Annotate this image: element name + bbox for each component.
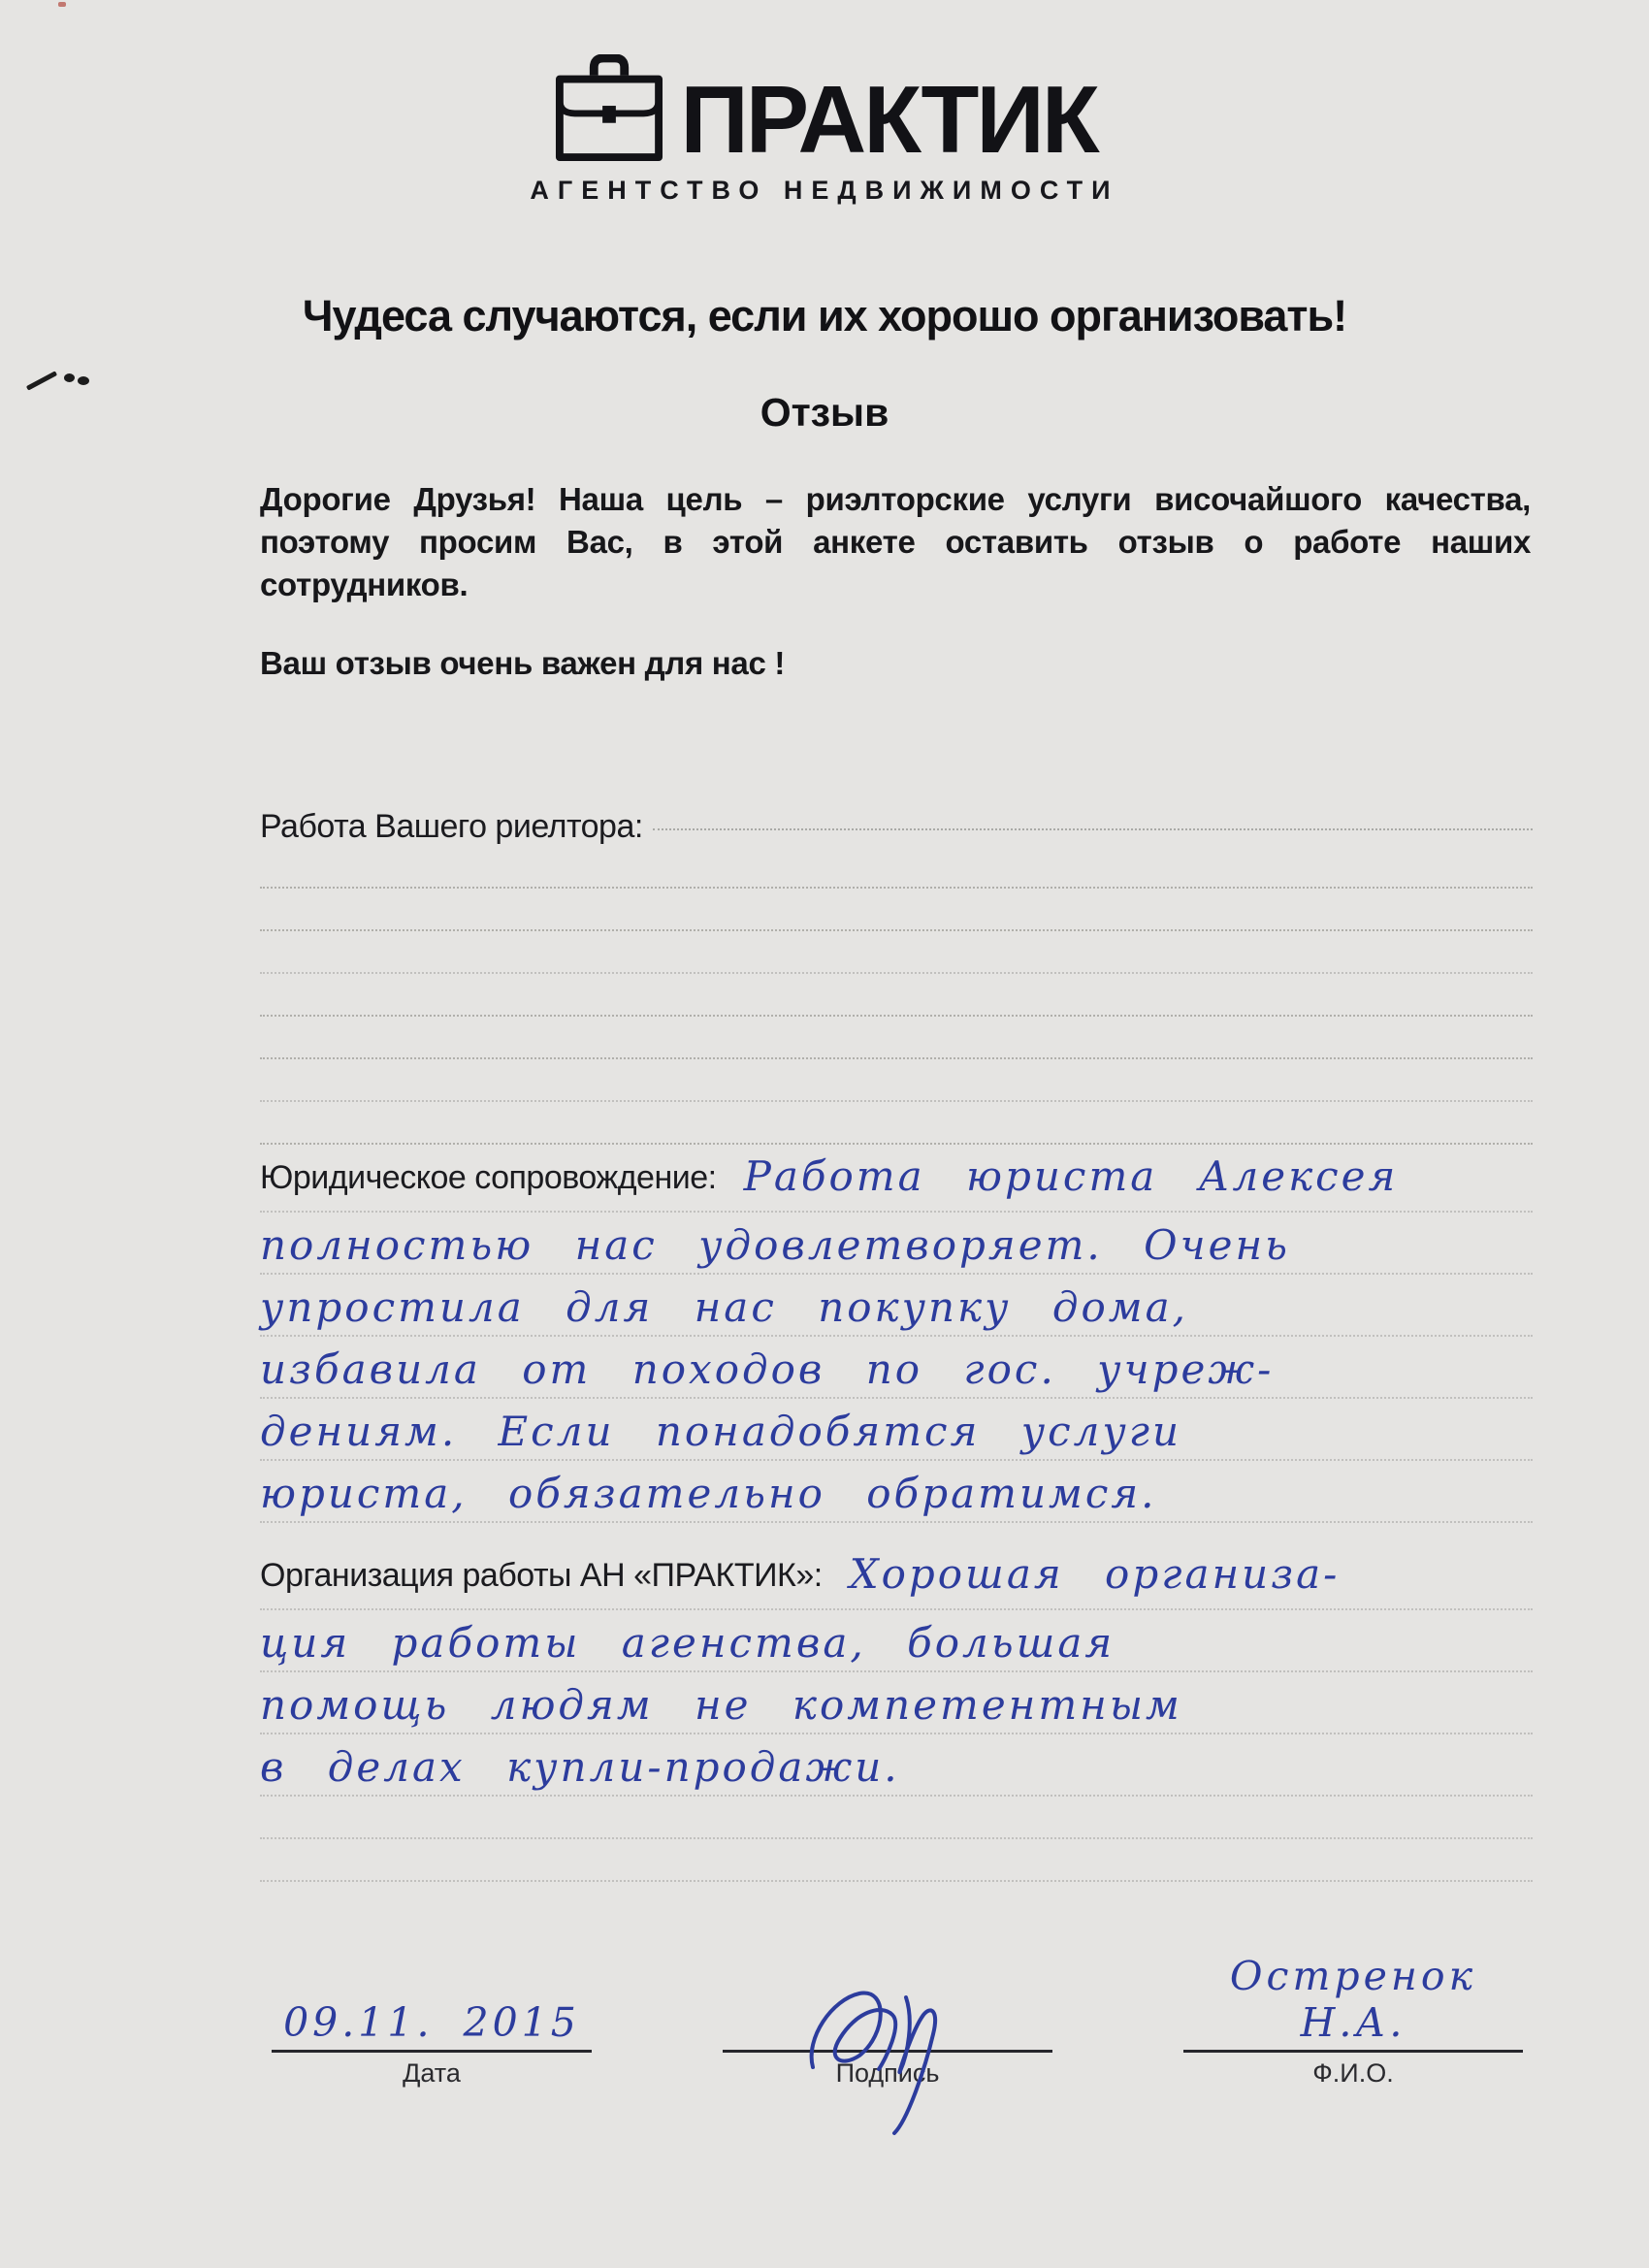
handwritten-name: Остренок Н.А.	[1183, 1964, 1523, 2050]
scan-artifact-speck	[58, 2, 66, 7]
handwritten-answer-line: в делах купли-продажи.	[260, 1743, 900, 1791]
date-label: Дата	[272, 2058, 592, 2089]
dotted-answer-line	[260, 974, 1533, 1017]
briefcase-icon	[552, 54, 666, 163]
handwritten-answer-line: Хорошая организа-	[850, 1550, 1341, 1598]
field-legal-support: Юридическое сопровождение: Работа юриста…	[260, 1150, 1533, 1523]
scanned-feedback-form: ПРАКТИК АГЕНТСТВО НЕДВИЖИМОСТИ Чудеса сл…	[0, 0, 1649, 2268]
scan-artifact-blob	[64, 373, 75, 382]
handwritten-answer-line: ция работы агенства, большая	[260, 1619, 1115, 1667]
slogan: Чудеса случаются, если их хорошо организ…	[0, 291, 1649, 341]
name-label: Ф.И.О.	[1183, 2058, 1523, 2089]
signature-column: Подпись	[723, 1964, 1052, 2089]
handwritten-answer-line: упростила для нас покупку дома,	[260, 1283, 1188, 1331]
handwritten-date: 09.11. 2015	[272, 1964, 592, 2050]
handwritten-answer-line: Работа юриста Алексея	[744, 1152, 1399, 1200]
name-column: Остренок Н.А. Ф.И.О.	[1183, 1964, 1523, 2089]
handwritten-answer-line: помощь людям не компетентным	[260, 1681, 1182, 1729]
brand-name: ПРАКТИК	[680, 76, 1096, 163]
dotted-answer-line	[260, 1102, 1533, 1145]
scan-artifact-blob	[78, 376, 89, 385]
brand-tagline: АГЕНТСТВО НЕДВИЖИМОСТИ	[0, 176, 1649, 206]
dotted-answer-line	[260, 1017, 1533, 1059]
dotted-answer-line	[260, 931, 1533, 974]
date-column: 09.11. 2015 Дата	[272, 1964, 592, 2089]
handwritten-answer-line: юриста, обязательно обратимся.	[260, 1470, 1157, 1517]
field-agency-organisation: Организация работы АН «ПРАКТИК»: Хорошая…	[260, 1548, 1533, 1882]
agency-logo: ПРАКТИК АГЕНТСТВО НЕДВИЖИМОСТИ	[0, 0, 1649, 206]
handwritten-answer-line: полностью нас удовлетворяет. Очень	[260, 1221, 1290, 1269]
signature-block: 09.11. 2015 Дата Подпись Остренок Н.А. Ф…	[272, 1964, 1523, 2089]
signature-label: Подпись	[723, 2058, 1052, 2089]
page-title: Отзыв	[0, 390, 1649, 436]
dotted-answer-line	[260, 1797, 1533, 1839]
dotted-answer-line	[260, 846, 1533, 889]
dotted-answer-line	[260, 1059, 1533, 1102]
name-rule	[1183, 2050, 1523, 2053]
field-realtor-work: Работа Вашего риелтора:	[260, 808, 1533, 1145]
handwritten-answer-line: избавила от походов по гос. учреж-	[260, 1345, 1274, 1393]
field-label: Юридическое сопровождение:	[260, 1159, 717, 1197]
date-rule	[272, 2050, 592, 2053]
field-label: Работа Вашего риелтора:	[260, 808, 643, 846]
intro-paragraph: Дорогие Друзья! Наша цель – риэлторские …	[260, 478, 1531, 606]
dotted-answer-line	[653, 828, 1533, 830]
dotted-answer-line	[260, 889, 1533, 931]
field-label: Организация работы АН «ПРАКТИК»:	[260, 1557, 823, 1595]
handwritten-signature	[723, 1964, 1052, 2050]
handwritten-answer-line: дениям. Если понадобятся услуги	[260, 1408, 1181, 1455]
importance-note: Ваш отзыв очень важен для нас !	[260, 645, 1531, 682]
scan-artifact-stroke	[26, 371, 57, 390]
dotted-answer-line	[260, 1839, 1533, 1882]
signature-rule	[723, 2050, 1052, 2053]
signature-icon	[786, 1974, 989, 2139]
